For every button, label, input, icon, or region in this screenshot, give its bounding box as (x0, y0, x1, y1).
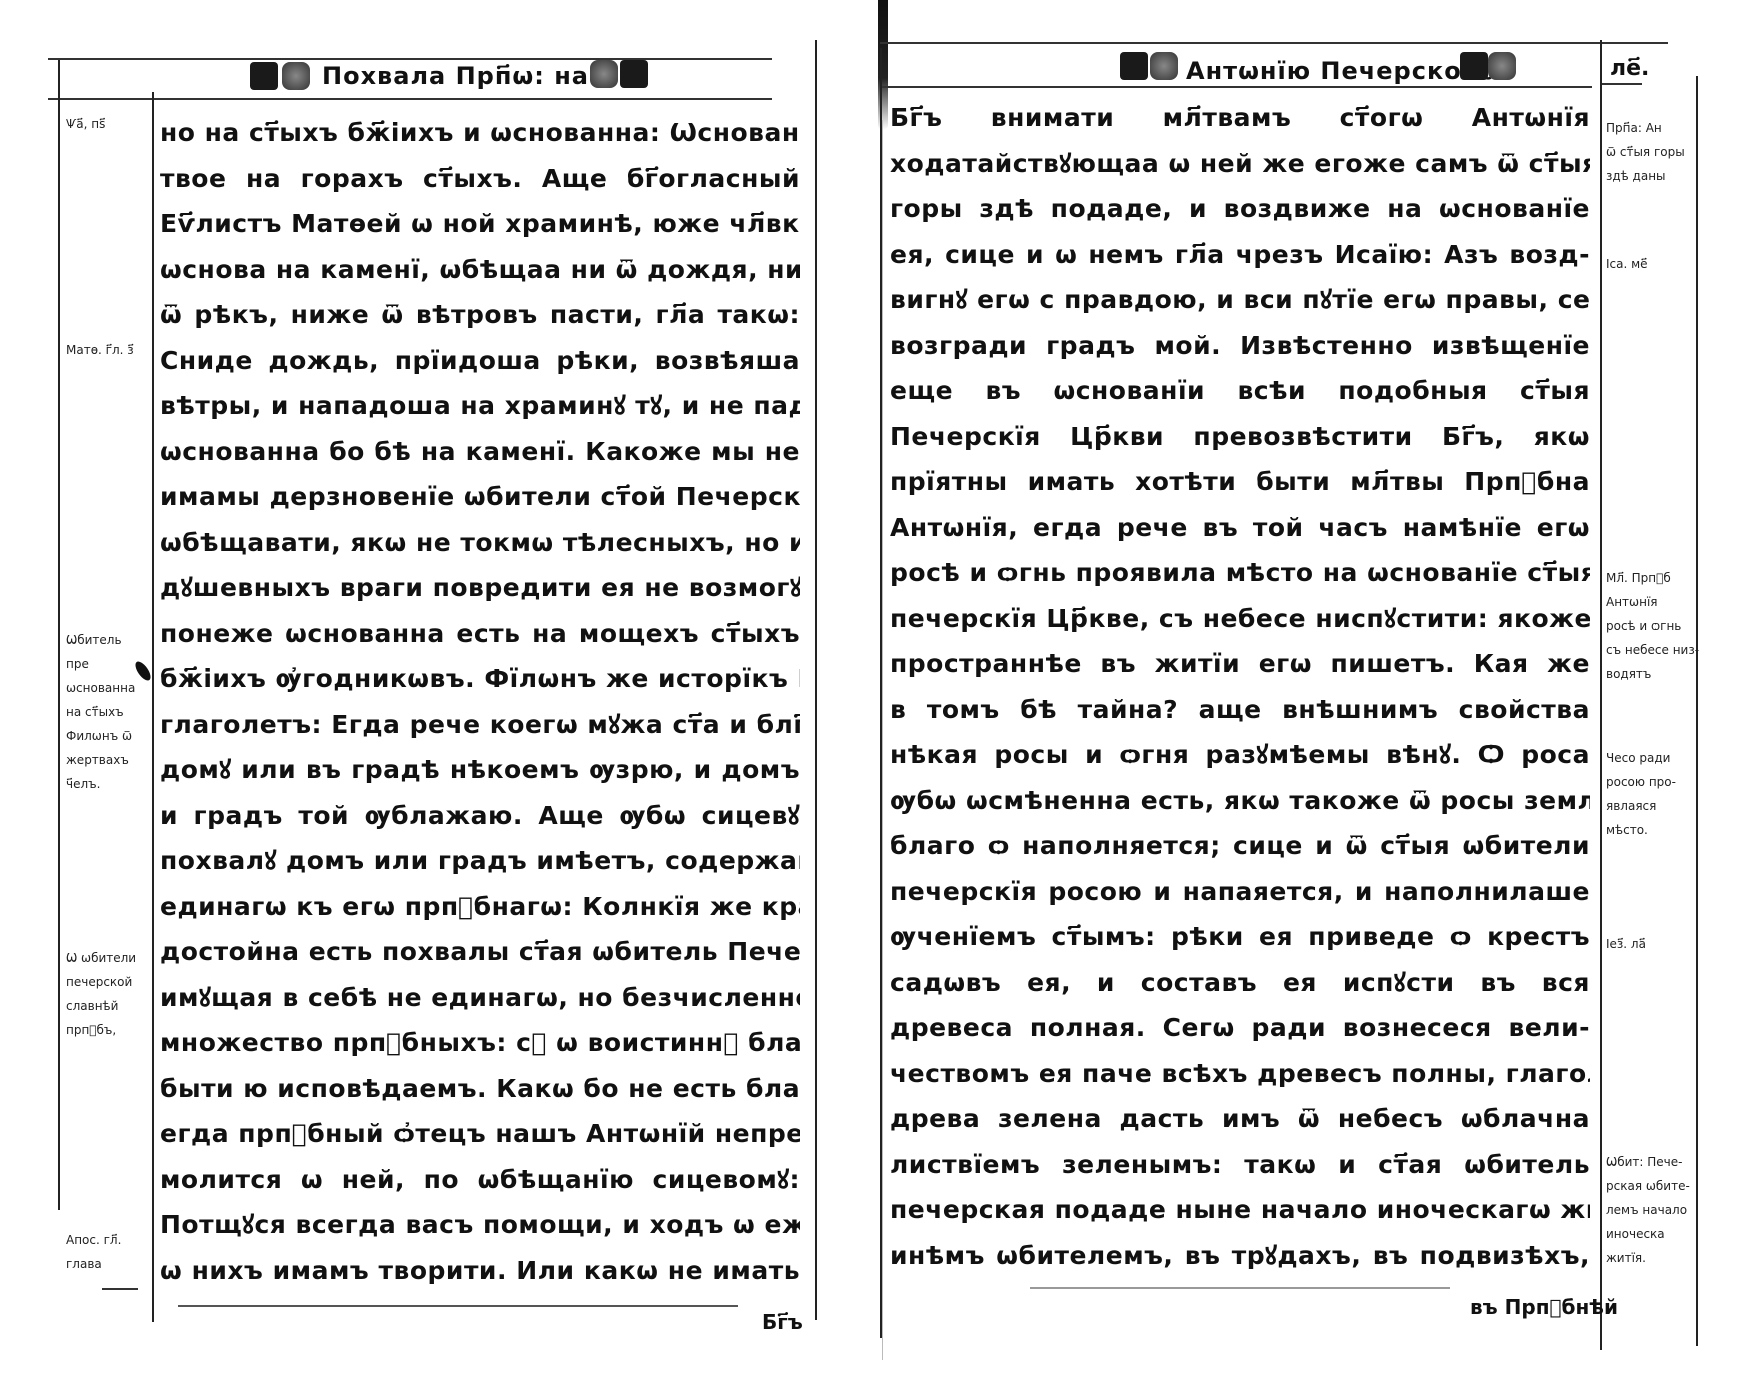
catchword: Бг҃ъ (762, 1310, 803, 1334)
margin-note: Прп҃а: Ан ѿ ст҃ыя горы здѣ даны (1606, 116, 1696, 188)
text-line: имамы дерзновенїе ѡбители ст҃ой Печерско… (160, 474, 800, 520)
catchword: въ Прпⷣбнѣй (1470, 1295, 1618, 1319)
text-line: молится ѡ ней, по ѡбѣщанїю сицевомꙋ: (160, 1157, 800, 1203)
text-line: пространнѣе въ житїи егѡ пишетъ. Кая же (890, 641, 1590, 687)
text-line: листвїемъ зеленымъ: такѡ и ст҃ая ѡбитель (890, 1142, 1590, 1188)
text-line: дꙋшевныхъ враги повредити ея не возмогꙋт… (160, 565, 800, 611)
text-line: ѡснованна бо бѣ на каменї. Какоже мы не (160, 429, 800, 475)
margin-note: Ѡ ѡбители печерской славнѣй прпⷣбъ, (66, 946, 150, 1042)
text-line: единагѡ къ егѡ прпⷣбнагѡ: Колнкїя же кра… (160, 884, 800, 930)
text-line: Сниде дождь, прїидоша рѣки, возвѣяша (160, 338, 800, 384)
outer-margin-line (1696, 76, 1698, 1346)
text-line: Еѵ҃листъ Матѳей ѡ ной храминѣ, юже чл҃вк… (160, 201, 800, 247)
text-line: Потщꙋся всегда васъ помощи, и ходъ ѡ еже (160, 1202, 800, 1248)
text-line: ея, сице и ѡ немъ гл҃а чрезъ Исаїю: Азъ … (890, 232, 1590, 278)
text-line: вигнꙋ егѡ с правдою, и вси пꙋтїе егѡ пра… (890, 277, 1590, 323)
text-line: ходатайствꙋющаа ѡ ней же егоже самъ ѿ ст… (890, 141, 1590, 187)
margin-note: Матѳ. г҃л. з҃ (66, 338, 150, 362)
text-line: печерская подаде ныне начало иноческагѡ … (890, 1187, 1590, 1233)
text-line: глаголетъ: Егда рече коегѡ мꙋжа ст҃а и б… (160, 702, 800, 748)
text-line: бж҃іихъ ѹ҆годникѡвъ. Фїлѡнъ же исторїкъ … (160, 656, 800, 702)
margin-note: Ѡбит: Пече- рская ѡбите- лемъ начало ино… (1606, 1150, 1696, 1270)
text-line: благо ѻ наполняется; сице и ѿ ст҃ыя ѡбит… (890, 823, 1590, 869)
text-line: ѹченїемъ ст҃ымъ: рѣки ея приведе ѻ крест… (890, 914, 1590, 960)
header-ornament-icon (1120, 52, 1148, 80)
text-line: росѣ и ѻгнь проявила мѣсто на ѡснованїе … (890, 550, 1590, 596)
header-top-rule (880, 42, 1668, 44)
margin-note: Ѱа҃, пѕ҃ (66, 112, 150, 136)
text-line: ѹбѡ ѡсмѣненна есть, якѡ такоже ѿ росы зе… (890, 778, 1590, 824)
margin-note: Чесо ради росою про- явлаяся мѣсто. (1606, 746, 1696, 842)
margin-note: Іса. ме҃ (1606, 252, 1696, 276)
folio-number: ле҃. (1610, 56, 1649, 81)
header-ornament-icon (1488, 52, 1516, 80)
margin-note: Іез҃. ла҃ (1606, 932, 1696, 956)
bottom-rule (178, 1305, 738, 1307)
text-line: достойна есть похвалы ст҃ая ѡбитель Пече… (160, 929, 800, 975)
text-line: и градъ той ѹблажаю. Аще ѹбѡ сицевꙋ (160, 793, 800, 839)
text-line: инѣмъ ѡбителемъ, въ трꙋдахъ, въ подвизѣх… (890, 1233, 1590, 1279)
text-line: древеса полная. Сегѡ ради вознесеся вели… (890, 1005, 1590, 1051)
text-line: твое на горахъ ст҃ыхъ. Аще бг҃огласный (160, 156, 800, 202)
text-line: в томъ бѣ тайна? аще внѣшнимъ свойства (890, 687, 1590, 733)
text-line: похвалꙋ домъ или градъ имѣетъ, содержащї… (160, 838, 800, 884)
header-ornament-icon (282, 62, 310, 90)
left-text-border (880, 48, 882, 1338)
header-ornament-icon (1150, 52, 1178, 80)
margin-bottom-rule (102, 1288, 138, 1290)
inner-margin-line (1600, 40, 1602, 1350)
page-header-title: Антѡнїю Печерскомꙋ. (1186, 54, 1505, 87)
right-page: Антѡнїю Печерскомꙋ. ле҃. Бг҃ъ внимати мл… (880, 0, 1740, 1389)
text-line: возгради градъ мой. Извѣстенно извѣщенїе (890, 323, 1590, 369)
text-line: печерскїя Цр҃кве, съ небесе ниспꙋстити: … (890, 596, 1590, 642)
right-text-border (815, 40, 817, 1320)
header-ornament-icon (620, 60, 648, 88)
text-line: понеже ѡснованна есть на мощехъ ст҃ыхъ (160, 611, 800, 657)
inner-margin-line (152, 92, 154, 1322)
page-header-title: Похвала Прп҃ѡ: на. (322, 62, 599, 90)
header-top-rule (48, 58, 772, 60)
header-ornament-icon (1460, 52, 1488, 80)
bottom-rule (1030, 1287, 1450, 1289)
margin-note: Ѡбитель пре ѡснованна на ст҃ыхъ Филѡнъ ѿ… (66, 628, 150, 796)
text-line: вѣтры, и нападоша на храминꙋ тꙋ, и не па… (160, 383, 800, 429)
text-line: нѣкая росы и ѻгня разꙋмѣемы вѣнꙋ. Ѻ роса (890, 732, 1590, 778)
left-page: Похвала Прп҃ѡ: на. но на ст҃ыхъ бж҃іихъ … (0, 0, 860, 1389)
right-body-text: Бг҃ъ внимати мл҃твамъ ст҃огѡ Антѡнїяхода… (890, 95, 1590, 1278)
text-line: домꙋ или въ градѣ нѣкоемъ ѹзрю, и домъ (160, 747, 800, 793)
text-line: быти ю исповѣдаемъ. Какѡ бо не есть блаж… (160, 1066, 800, 1112)
text-line: чествомъ ея паче всѣхъ древесъ полны, гл… (890, 1051, 1590, 1097)
text-line: множество прпⷣбныхъ: сꙋ ѡ воистиннꙋ блаж… (160, 1020, 800, 1066)
left-body-text: но на ст҃ыхъ бж҃іихъ и ѡснованна: Ѡснова… (160, 110, 800, 1293)
text-line: прїятны имать хотѣти быти мл҃твы Прпⷣбна (890, 459, 1590, 505)
text-line: егда прпⷣбный ѻ҆тецъ нашъ Антѡнїй непрес… (160, 1111, 800, 1157)
text-line: горы здѣ подаде, и воздвиже на ѡснованїе (890, 186, 1590, 232)
outer-margin-line (58, 60, 60, 1210)
text-line: садѡвъ ея, и составъ ея испꙋсти въ вся (890, 960, 1590, 1006)
text-line: древа зелена дасть имъ ѿ небесъ ѡблачна (890, 1096, 1590, 1142)
margin-note: Мл҃. Прпⷣб Антѡнїя росѣ и ѻгнь съ небесе… (1606, 566, 1696, 686)
header-bottom-rule (48, 98, 772, 100)
text-line: еще въ ѡснованїи всѣи подобныя ст҃ыя (890, 368, 1590, 414)
text-line: Антѡнїя, егда рече въ той часъ намѣнїе е… (890, 505, 1590, 551)
text-line: печерскїя росою и напаяется, и наполнила… (890, 869, 1590, 915)
text-line: но на ст҃ыхъ бж҃іихъ и ѡснованна: Ѡснова… (160, 110, 800, 156)
text-line: ѡснова на каменї, ѡбѣщаа ни ѿ дождя, ни (160, 247, 800, 293)
text-line: ѿ рѣкъ, ниже ѿ вѣтровъ пасти, гл҃а такѡ: (160, 292, 800, 338)
header-ornament-icon (590, 60, 618, 88)
text-line: имꙋщая в себѣ не единагѡ, но безчисленно… (160, 975, 800, 1021)
text-line: Бг҃ъ внимати мл҃твамъ ст҃огѡ Антѡнїя (890, 95, 1590, 141)
header-ornament-icon (250, 62, 278, 90)
text-line: ѡ нихъ имамъ творити. Или какѡ не имать (160, 1248, 800, 1294)
text-line: ѡбѣщавати, якѡ не токмѡ тѣлесныхъ, но и (160, 520, 800, 566)
margin-note: Апос. гл҃. глава (66, 1228, 150, 1276)
folio-underline (1602, 83, 1642, 85)
text-line: Печерскїя Цр҃кви превозвѣстити Бг҃ъ, якѡ (890, 414, 1590, 460)
